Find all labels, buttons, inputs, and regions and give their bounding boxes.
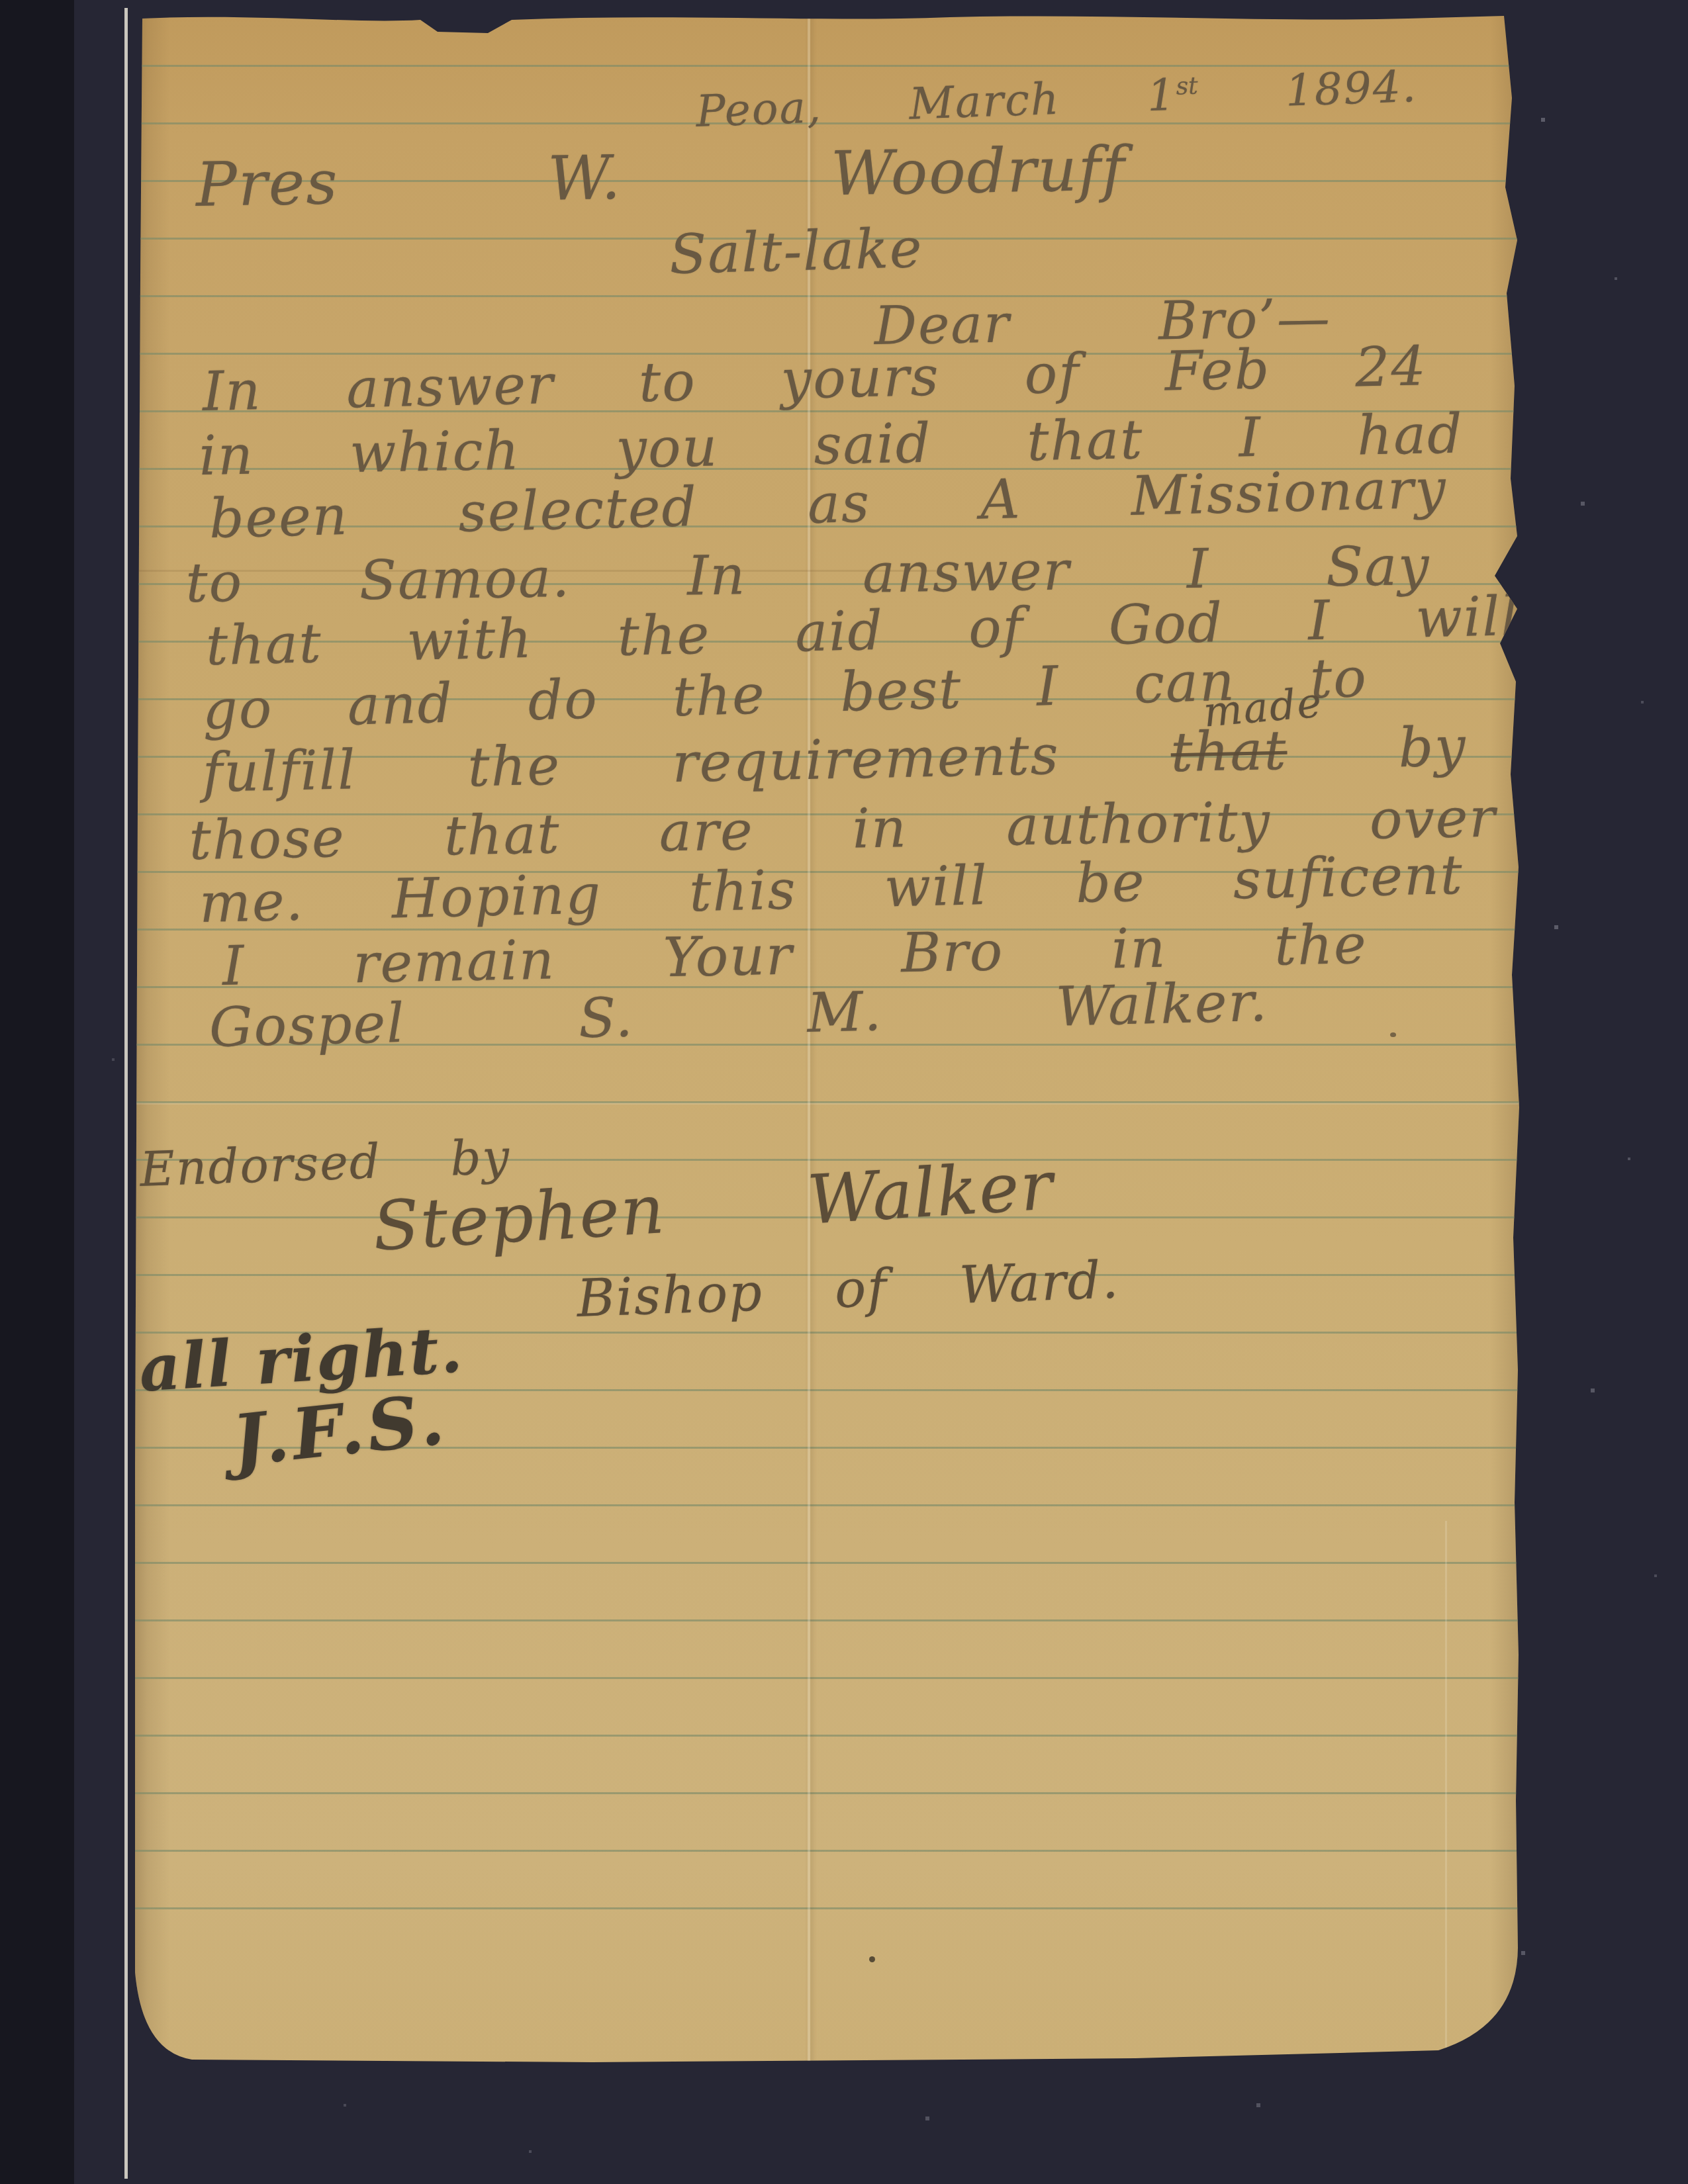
horizontal-fold-crease-lower <box>129 1103 1521 1105</box>
inserted-word: made <box>1201 678 1325 736</box>
paper-speck <box>869 1956 875 1962</box>
scan-background: { "document": { "kind": "scanned handwri… <box>0 0 1688 2184</box>
vertical-fold-crease-right <box>1445 1521 1447 2064</box>
backdrop-dust-speckles <box>0 0 1 1</box>
pencil-dot-mark <box>1390 1032 1396 1037</box>
address-city-line: Salt-lake <box>669 211 1153 287</box>
album-binding-strip <box>0 0 74 2184</box>
paper-edge-sliver <box>124 8 128 2179</box>
dateline-ordinal: st <box>1176 71 1199 100</box>
correction-suffix: by <box>1398 715 1468 780</box>
letter-page: Peoa, March 1st 1894. Pres W. Woodruff S… <box>129 12 1521 2065</box>
dateline-suffix: 1894. <box>1197 61 1418 119</box>
